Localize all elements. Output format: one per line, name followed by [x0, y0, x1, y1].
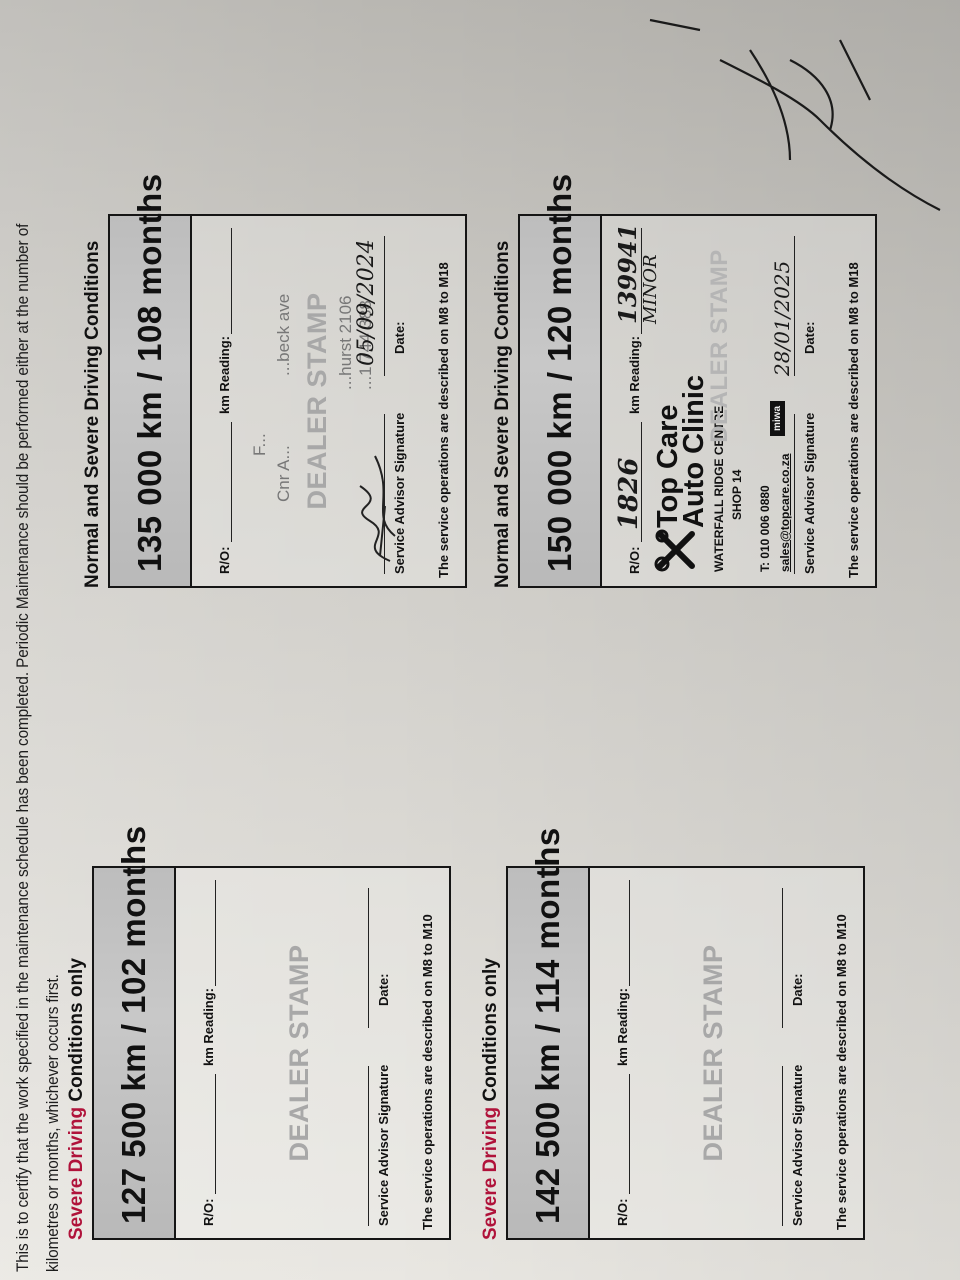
stamp-email: sales@topcare.co.za — [778, 454, 792, 572]
dealer-stamp-area: DEALER STAMP — [284, 868, 315, 1238]
footnote: The service operations are described on … — [846, 262, 861, 578]
stamp-line: ...beck ave — [274, 294, 294, 376]
km-reading-label: km Reading: — [217, 336, 232, 414]
crossed-wrench-screwdriver-icon — [654, 528, 698, 572]
date-label: Date: — [392, 321, 407, 354]
dealer-stamp-area: DEALER STAMP — [698, 868, 729, 1238]
service-card-142500: 142 500 km / 114 months R/O: km Reading:… — [506, 866, 865, 1240]
title-red: Severe Driving — [66, 1107, 87, 1240]
title-rest: Conditions only — [480, 958, 501, 1107]
ro-label: R/O: — [627, 547, 642, 574]
signature-field[interactable] — [368, 1066, 369, 1226]
certification-text: This is to certify that the work specifi… — [8, 156, 68, 1272]
stamp-line: ...hurst 2106 — [336, 295, 356, 390]
service-card-135000: 135 000 km / 108 months R/O: km Reading:… — [108, 214, 467, 588]
stamp-business-name-line2: Auto Clinic — [680, 375, 708, 528]
signature-label: Service Advisor Signature — [790, 1065, 805, 1226]
stamp-line: F... — [250, 433, 270, 456]
km-reading-label: km Reading: — [627, 336, 642, 414]
section-title-severe-127500: Severe Driving Conditions only — [66, 958, 88, 1240]
ro-field[interactable] — [629, 1074, 630, 1194]
signature-label: Service Advisor Signature — [802, 413, 817, 574]
ro-label: R/O: — [615, 1199, 630, 1226]
date-field[interactable] — [794, 236, 795, 376]
ro-km-row: R/O: km Reading: — [210, 228, 238, 574]
stamp-line: Cnr A... — [274, 445, 294, 502]
title-rest: Normal and Severe Driving Conditions — [82, 241, 103, 588]
date-label: Date: — [802, 321, 817, 354]
service-card-150000: 150 000 km / 120 months R/O: 1826 km Rea… — [518, 214, 877, 588]
title-rest: Normal and Severe Driving Conditions — [492, 241, 513, 588]
ro-km-row: R/O: km Reading: — [194, 880, 222, 1226]
km-reading-field[interactable] — [629, 880, 630, 986]
service-type-handwritten: MINOR — [640, 254, 661, 324]
signature-field[interactable] — [794, 414, 795, 574]
footnote: The service operations are described on … — [420, 914, 435, 1230]
signature-label: Service Advisor Signature — [376, 1065, 391, 1226]
date-handwritten: 28/01/2025 — [770, 261, 794, 376]
date-field[interactable] — [368, 888, 369, 1028]
footnote: The service operations are described on … — [834, 914, 849, 1230]
ro-label: R/O: — [217, 547, 232, 574]
ro-handwritten: 1826 — [614, 458, 644, 530]
maintenance-log-page: This is to certify that the work specifi… — [0, 0, 960, 1280]
miwa-badge: miwa — [770, 401, 785, 436]
footnote: The service operations are described on … — [436, 262, 451, 578]
date-label: Date: — [790, 973, 805, 1006]
km-reading-field[interactable] — [215, 880, 216, 986]
service-card-127500: 127 500 km / 102 months R/O: km Reading:… — [92, 866, 451, 1240]
stamp-phone: T: 010 006 0880 — [758, 485, 772, 572]
ro-km-row: R/O: km Reading: — [608, 880, 636, 1226]
signature-field[interactable] — [384, 414, 385, 574]
interval-header: 135 000 km / 108 months — [110, 216, 192, 586]
ro-field[interactable] — [215, 1074, 216, 1194]
km-reading-field[interactable] — [231, 228, 232, 334]
interval-header: 150 000 km / 120 months — [520, 216, 602, 586]
dealer-stamp-area: DEALER STAMP — [706, 216, 734, 476]
signature-field[interactable] — [782, 1066, 783, 1226]
title-rest: Conditions only — [66, 958, 87, 1107]
date-label: Date: — [376, 973, 391, 1006]
km-reading-label: km Reading: — [201, 988, 216, 1066]
interval-header: 142 500 km / 114 months — [508, 868, 590, 1238]
ro-label: R/O: — [201, 1199, 216, 1226]
interval-header: 127 500 km / 102 months — [94, 868, 176, 1238]
stamp-address-line2: SHOP 14 — [730, 470, 744, 520]
date-field[interactable] — [384, 236, 385, 376]
title-red: Severe Driving — [480, 1107, 501, 1240]
advisor-signature-large — [640, 0, 960, 250]
date-handwritten: 05/09/2024 — [354, 239, 379, 366]
km-reading-label: km Reading: — [615, 988, 630, 1066]
date-field[interactable] — [782, 888, 783, 1028]
section-title-normal-150000: Normal and Severe Driving Conditions — [492, 241, 514, 588]
section-title-normal-135000: Normal and Severe Driving Conditions — [82, 241, 104, 588]
km-handwritten: 139941 — [613, 224, 642, 324]
dealer-stamp-area: DEALER STAMP — [302, 216, 333, 586]
signature-label: Service Advisor Signature — [392, 413, 407, 574]
section-title-severe-142500: Severe Driving Conditions only — [480, 958, 502, 1240]
ro-field[interactable] — [231, 422, 232, 542]
